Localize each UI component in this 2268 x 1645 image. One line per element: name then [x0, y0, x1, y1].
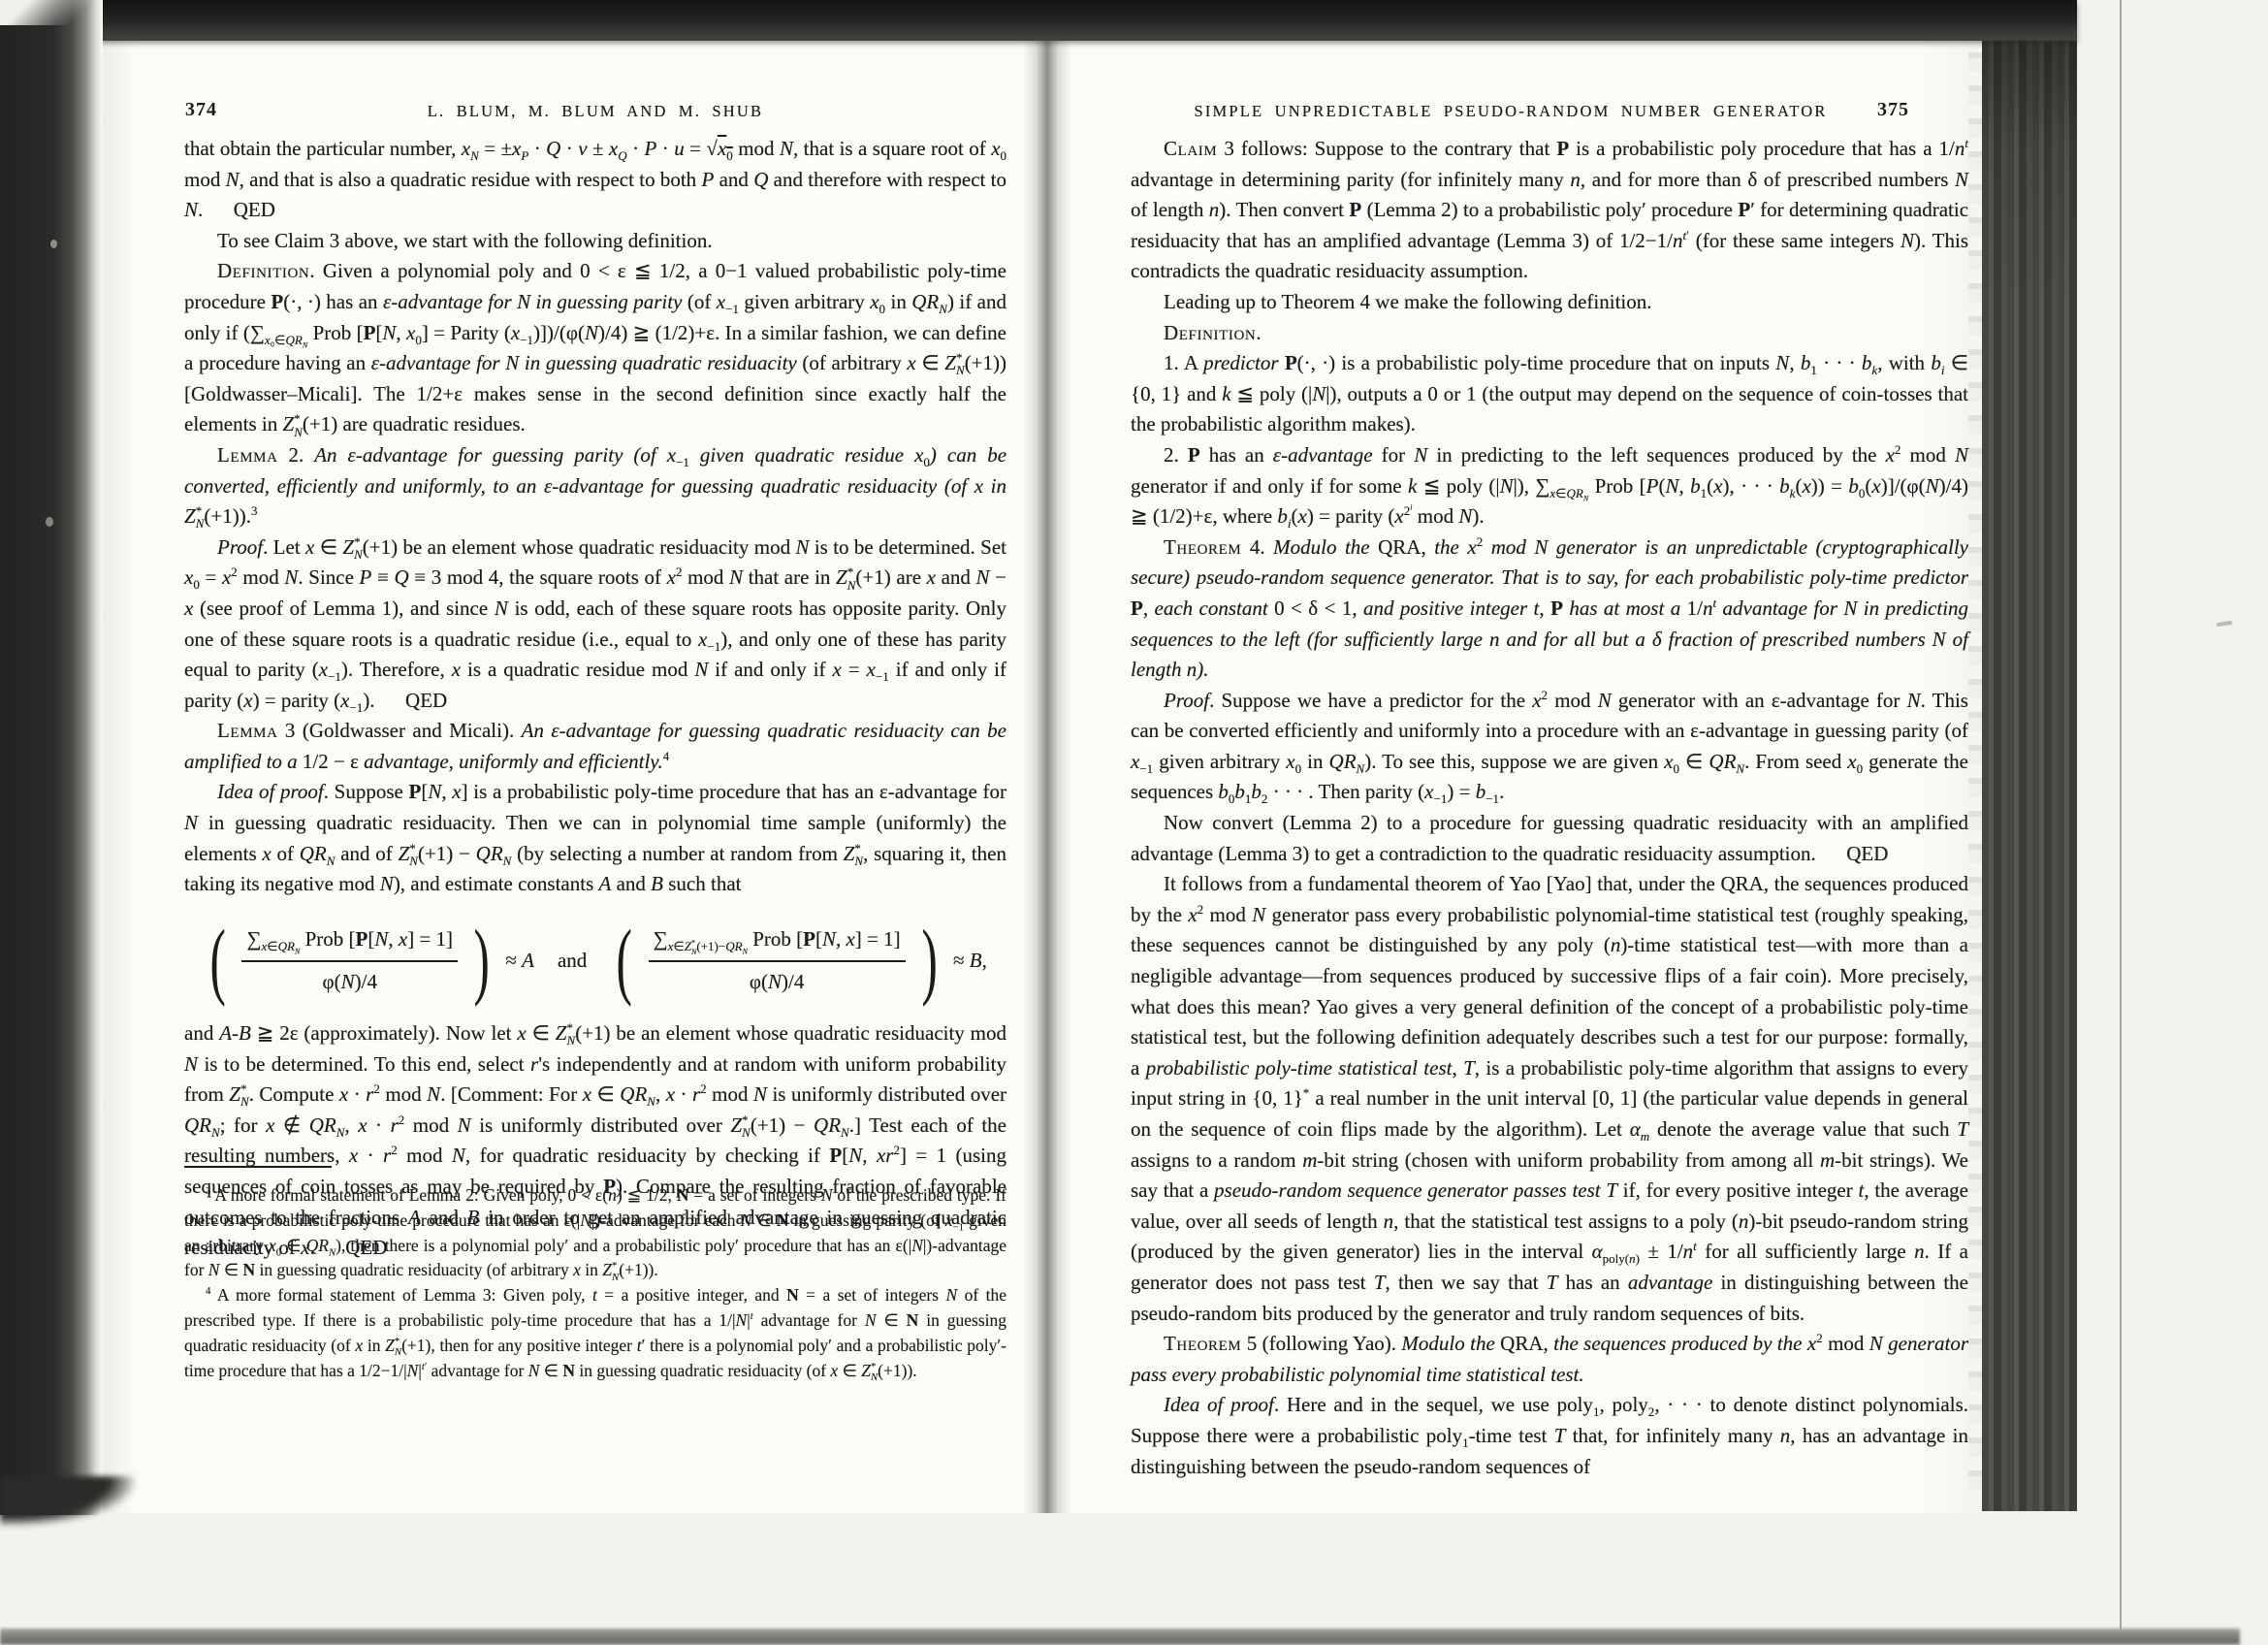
scan-artifact-dot [50, 240, 57, 248]
running-head-right: SIMPLE UNPREDICTABLE PSEUDO-RANDOM NUMBE… [1131, 102, 1891, 121]
equation-result: ≈ B, [953, 946, 987, 977]
scan-left-edge [0, 0, 103, 1515]
paragraph: Now convert (Lemma 2) to a procedure for… [1131, 808, 1968, 869]
paragraph: Leading up to Theorem 4 we make the foll… [1131, 287, 1968, 318]
paragraph: Idea of proof. Suppose P[N, x] is a prob… [184, 777, 1006, 899]
running-head-left: L. BLUM, M. BLUM AND M. SHUB [184, 102, 1006, 121]
paragraph: To see Claim 3 above, we start with the … [184, 226, 1006, 257]
fraction-numerator: ∑x∈Z*N(+1)−QRN Prob [P[N, x] = 1] [649, 924, 906, 963]
page-edge-hairline [2120, 0, 2122, 1641]
fraction: ∑x∈Z*N(+1)−QRN Prob [P[N, x] = 1] φ(N)/4 [649, 924, 906, 998]
fraction-denominator: φ(N)/4 [323, 962, 377, 998]
right-page-edge-texture [1968, 39, 1982, 1503]
equation-connector: and [558, 946, 587, 977]
big-left-paren: ( [210, 925, 226, 998]
paragraph: Definition. Given a polynomial poly and … [184, 256, 1006, 440]
scanned-book-spread: 374 L. BLUM, M. BLUM AND M. SHUB SIMPLE … [0, 0, 2268, 1645]
paragraph: Definition. [1131, 318, 1968, 349]
paragraph: Claim 3 follows: Suppose to the contrary… [1131, 134, 1968, 287]
fraction: ∑x∈QRN Prob [P[N, x] = 1] φ(N)/4 [241, 924, 458, 998]
paragraph: Theorem 4. Modulo the QRA, the x2 mod N … [1131, 532, 1968, 686]
page-block-edge-band [1982, 10, 2077, 1511]
scan-artifact-dot [46, 517, 53, 527]
fraction-denominator: φ(N)/4 [750, 962, 804, 998]
paragraph: Lemma 3 (Goldwasser and Micali). An ε-ad… [184, 716, 1006, 777]
paragraph: It follows from a fundamental theorem of… [1131, 869, 1968, 1329]
big-right-paren: ) [474, 925, 490, 998]
scan-top-edge [0, 0, 2077, 41]
big-left-paren: ( [617, 925, 632, 998]
footnote: 4 A more formal statement of Lemma 3: Gi… [184, 1283, 1006, 1383]
big-right-paren: ) [921, 925, 937, 998]
display-equation: ( ∑x∈QRN Prob [P[N, x] = 1] φ(N)/4 ) ≈ A… [184, 924, 1006, 998]
paragraph: Lemma 2. An ε-advantage for guessing par… [184, 440, 1006, 532]
equation-result: ≈ A [505, 946, 534, 977]
paragraph: Idea of proof. Here and in the sequel, w… [1131, 1390, 1968, 1482]
top-left-corner-highlight [0, 0, 145, 25]
scan-bottom-edge-band [0, 1629, 2240, 1645]
scanner-background-right [2122, 0, 2268, 1645]
paragraph: Proof. Suppose we have a predictor for t… [1131, 686, 1968, 808]
page-number-right: 375 [1877, 99, 1909, 121]
paragraph: that obtain the particular number, xN = … [184, 134, 1006, 226]
paragraph: Theorem 5 (following Yao). Modulo the QR… [1131, 1329, 1968, 1390]
paragraph: 1. A predictor P(·, ·) is a probabilisti… [1131, 348, 1968, 440]
left-page-text-column: that obtain the particular number, xN = … [184, 134, 1006, 1264]
right-page-text-column: Claim 3 follows: Suppose to the contrary… [1131, 134, 1968, 1482]
fraction-numerator: ∑x∈QRN Prob [P[N, x] = 1] [241, 924, 458, 963]
footnotes-block: 3 A more formal statement of Lemma 2: Gi… [184, 1166, 1006, 1383]
footnote: 3 A more formal statement of Lemma 2: Gi… [184, 1183, 1006, 1283]
footnote-separator [184, 1166, 332, 1168]
paragraph: 2. P has an ε-advantage for N in predict… [1131, 440, 1968, 532]
paragraph: Proof. Let x ∈ Z*N(+1) be an element who… [184, 532, 1006, 717]
bottom-left-shadow-blob [0, 1476, 136, 1527]
book-gutter-shadow [1022, 39, 1072, 1513]
page-bottom-shadow-line [0, 1503, 1984, 1511]
